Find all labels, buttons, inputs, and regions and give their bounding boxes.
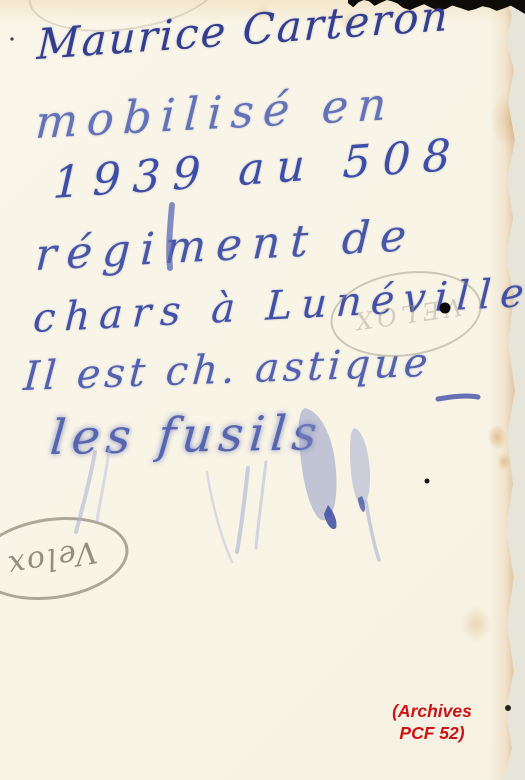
- archive-credit-line1: (Archives: [378, 700, 486, 722]
- archive-credit: (Archives PCF 52): [378, 700, 486, 745]
- velox-stamp-bottom-left-text: Velox: [4, 533, 100, 583]
- archive-credit-line2: PCF 52): [378, 722, 486, 744]
- handwriting-line-fusils: les fusils: [48, 405, 325, 466]
- velox-stamp-middle-text: VELOX: [349, 292, 464, 335]
- scanned-photo-back: Maurice Carteron mobilisé en 1939 au 508…: [0, 0, 525, 780]
- torn-right-edge-stain: [489, 0, 525, 780]
